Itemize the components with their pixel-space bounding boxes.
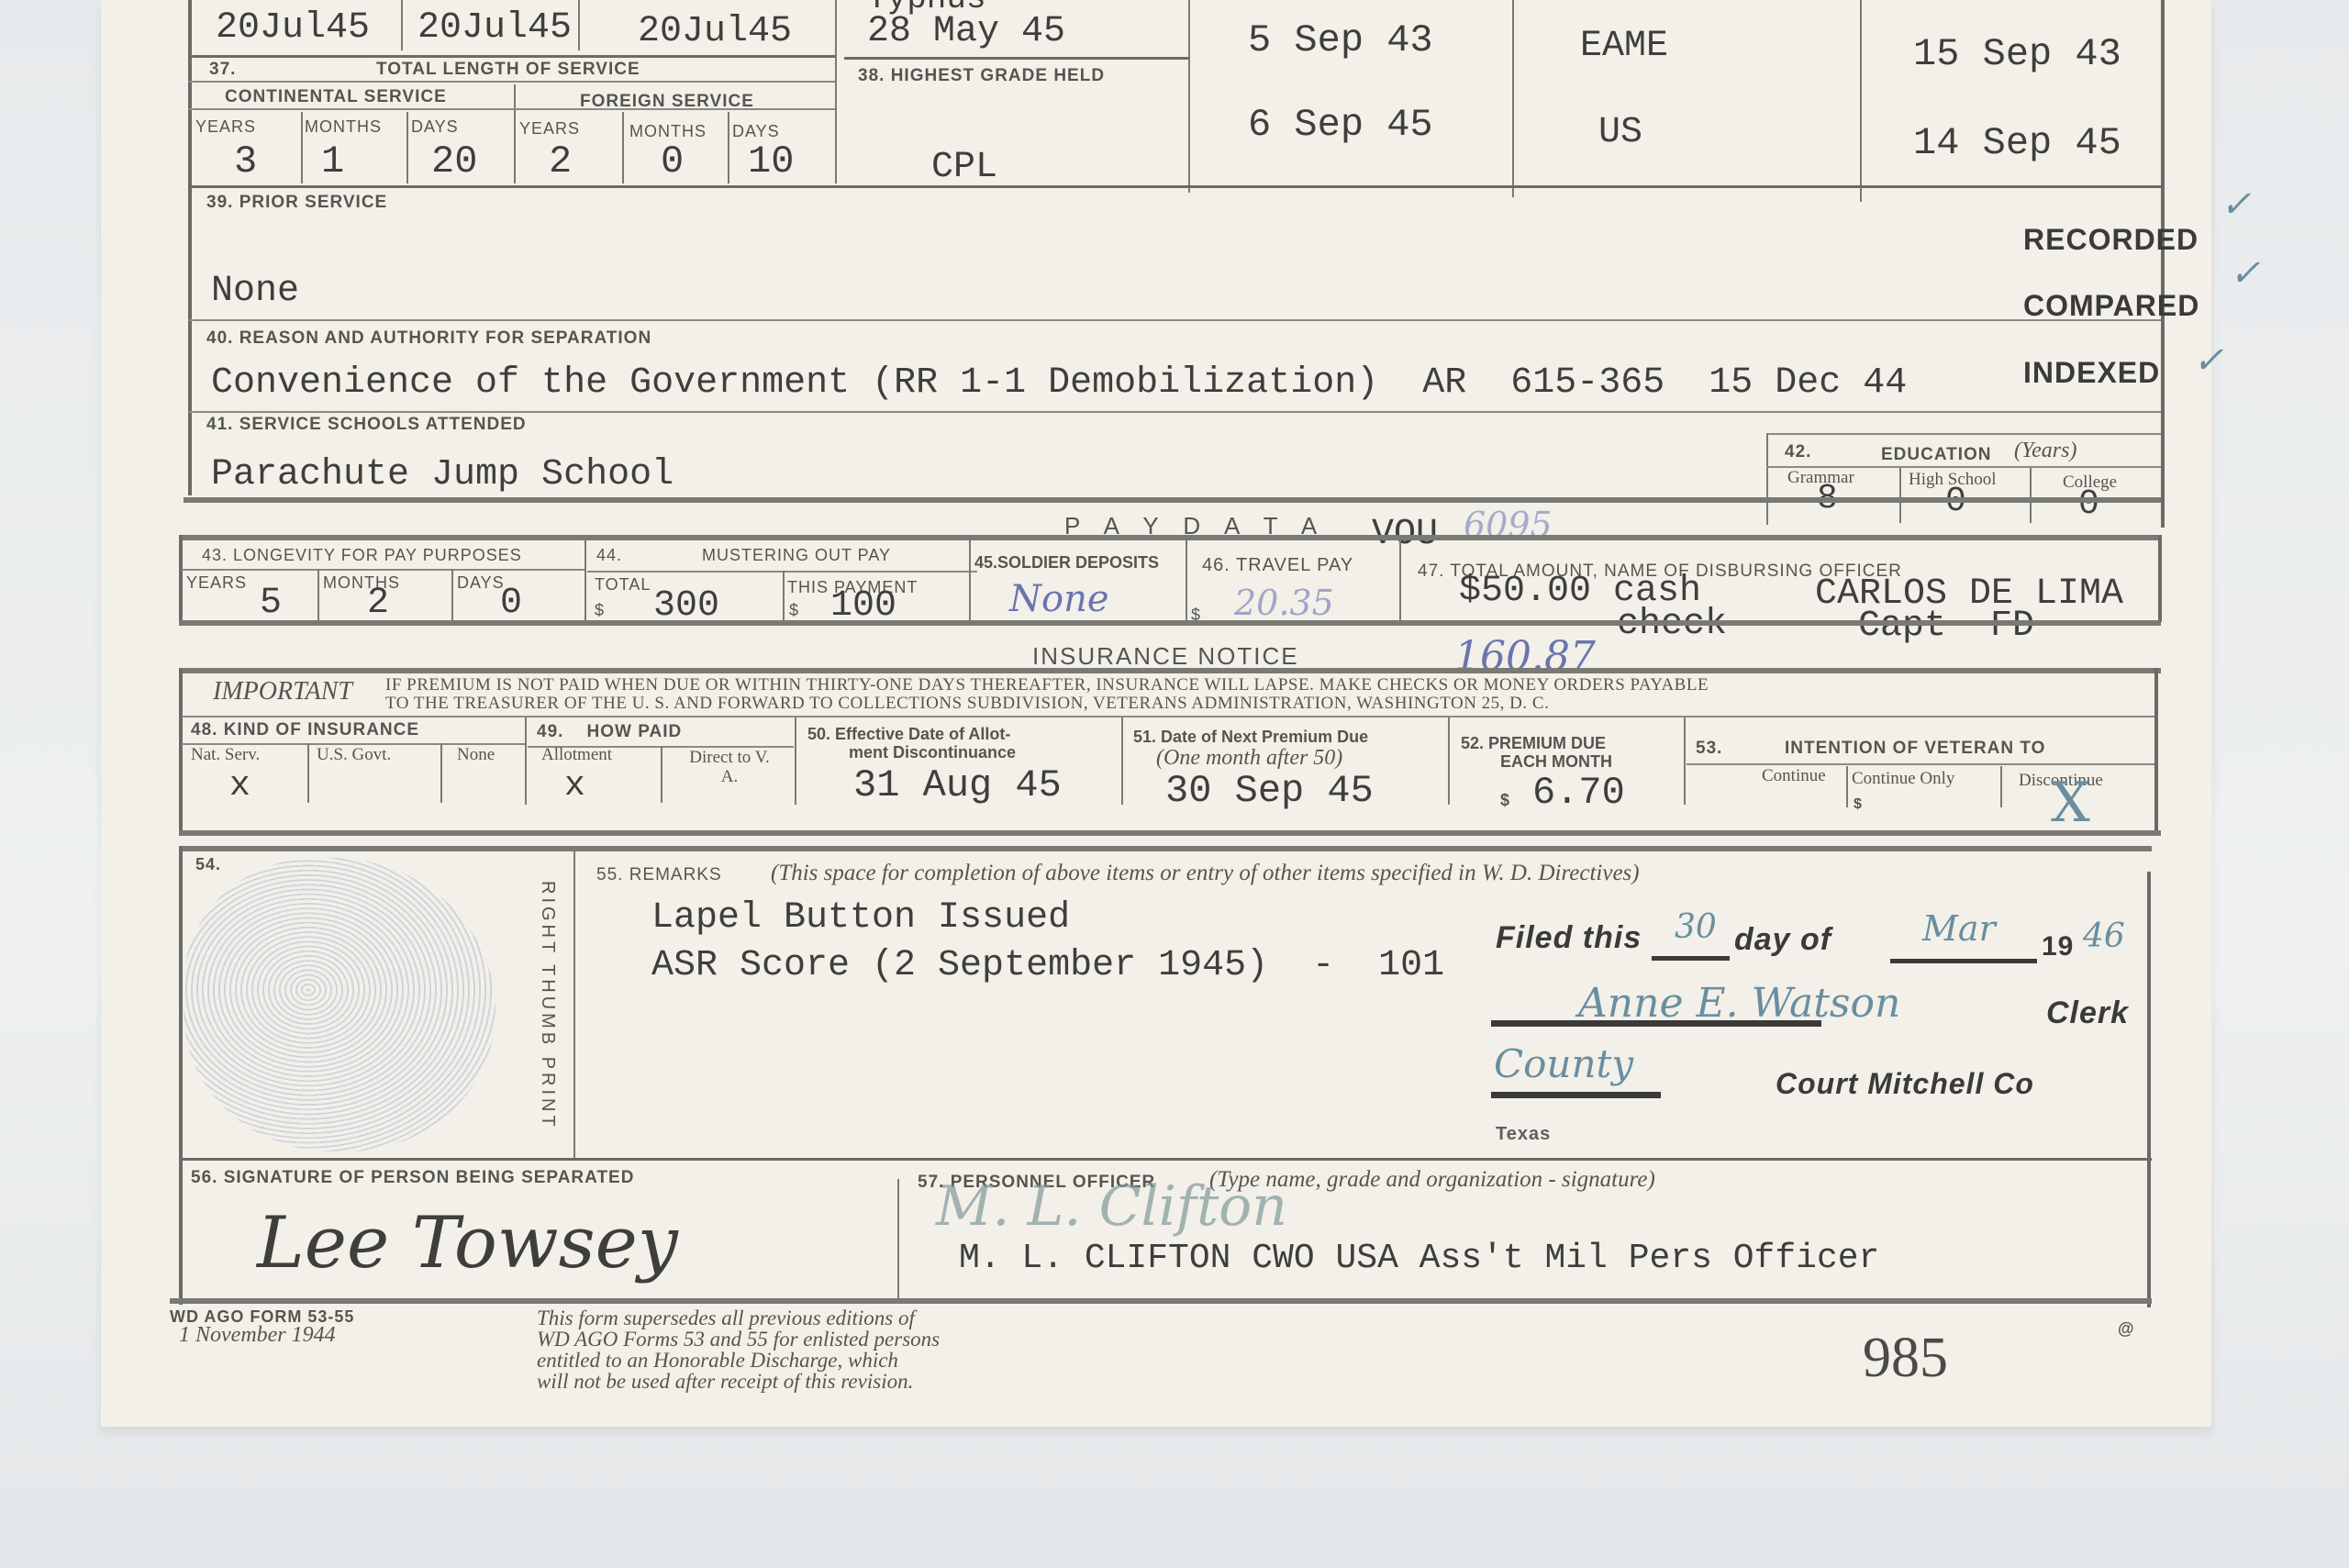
rule [188, 411, 2161, 413]
cont-days-label: DAYS [411, 117, 459, 137]
divider [317, 569, 319, 622]
rule [1687, 763, 2154, 765]
right-border [2161, 0, 2165, 528]
divider [1766, 433, 1768, 525]
nat-serv-mark: x [229, 766, 250, 806]
cont-years-label: YEARS [195, 117, 256, 137]
check-mark-icon: ✓ [2193, 339, 2224, 382]
item52-label-2: EACH MONTH [1500, 752, 1612, 772]
divider [514, 84, 516, 183]
divider [301, 112, 303, 183]
prior-service-value: None [211, 271, 299, 312]
divider [179, 846, 183, 1305]
next-premium-date: 30 Sep 45 [1165, 769, 1374, 813]
item53-number: 53. [1696, 739, 1722, 759]
divider [622, 112, 624, 183]
item46-label: 46. TRAVEL PAY [1202, 555, 1353, 576]
divider [1399, 539, 1401, 622]
divider [1188, 0, 1190, 193]
supersedes-line-1: This form supersedes all previous editio… [537, 1307, 940, 1329]
divider [2147, 872, 2151, 1307]
divider [728, 112, 729, 183]
indexed-stamp: INDEXED [2023, 356, 2160, 390]
item41-label: 41. SERVICE SCHOOLS ATTENDED [206, 415, 527, 435]
compared-stamp: COMPARED [2023, 289, 2199, 323]
personnel-officer-value: M. L. CLIFTON CWO USA Ass't Mil Pers Off… [959, 1239, 1879, 1278]
arrival-date-1: 15 Sep 43 [1913, 32, 2121, 76]
item43-label: 43. LONGEVITY FOR PAY PURPOSES [202, 546, 522, 565]
divider [401, 0, 403, 50]
check-mark-icon: ✓ [2230, 252, 2261, 295]
divider [969, 539, 971, 622]
union-label-mark: @ [2118, 1319, 2135, 1339]
cont-months-value: 1 [321, 139, 344, 183]
cont-months-label: MONTHS [305, 117, 382, 137]
divider [578, 0, 580, 50]
rule [170, 1298, 2152, 1304]
rule [179, 620, 2161, 626]
item55-note: (This space for completion of above item… [771, 861, 1640, 886]
longevity-days-value: 0 [500, 583, 522, 624]
item45-label: 45.SOLDIER DEPOSITS [974, 553, 1159, 573]
foreign-days-value: 10 [748, 139, 794, 183]
rule [188, 185, 2161, 188]
left-border [188, 0, 192, 495]
typhus-date: 28 May 45 [867, 11, 1065, 52]
longevity-months-value: 2 [367, 583, 389, 624]
supersedes-line-2: WD AGO Forms 53 and 55 for enlisted pers… [537, 1329, 940, 1350]
divider [179, 535, 183, 622]
foreign-years-value: 2 [549, 139, 572, 183]
rule [182, 569, 585, 571]
continue-label: Continue [1762, 766, 1826, 786]
longevity-years-value: 5 [260, 583, 282, 624]
premium-due-value: 6.70 [1532, 771, 1625, 815]
day-of-label: day of [1734, 922, 1831, 958]
item42-number: 42. [1785, 442, 1811, 462]
item50-label: 50. Effective Date of Allot- [807, 725, 1010, 744]
important-label: IMPORTANT [213, 677, 352, 706]
foreign-years-label: YEARS [519, 119, 580, 139]
divider [835, 0, 837, 183]
payment-currency: $ [789, 601, 799, 620]
item54-label: 54. [195, 855, 221, 874]
item39-label: 39. PRIOR SERVICE [206, 193, 387, 213]
divider [1899, 468, 1901, 523]
divider [1860, 0, 1862, 202]
remark-line-2: ASR Score (2 September 1945) - 101 [651, 945, 1444, 986]
important-line-2: TO THE TREASURER OF THE U. S. AND FORWAR… [385, 694, 1549, 714]
travel-pay-value: 20.35 [1234, 583, 1334, 623]
total-label: TOTAL [595, 575, 651, 595]
divider [573, 849, 575, 1161]
rule [179, 830, 2161, 836]
rule [179, 846, 2152, 851]
insurance-notice-title: INSURANCE NOTICE [1032, 642, 1299, 671]
discontinue-mark: X [2051, 771, 2090, 835]
divider [1684, 717, 1686, 805]
rule [1766, 433, 2161, 435]
divider [2158, 535, 2162, 622]
item52-label: 52. PREMIUM DUE [1461, 734, 1606, 753]
disbursing-officer-rank: Capt FD [1858, 606, 2034, 647]
divider [179, 668, 183, 833]
divider [1186, 539, 1187, 622]
rule [179, 535, 2161, 540]
destination-1: EAME [1580, 26, 1668, 67]
total-currency: $ [595, 601, 605, 620]
recorded-stamp: RECORDED [2023, 223, 2199, 257]
separation-reason-value: Convenience of the Government (RR 1-1 De… [211, 362, 1907, 404]
divider [2030, 468, 2032, 523]
intention-title: INTENTION OF VETERAN TO [1785, 739, 2045, 759]
state-fragment: Texas [1496, 1124, 1551, 1145]
item37-title: TOTAL LENGTH OF SERVICE [376, 60, 640, 80]
rule [188, 319, 2161, 321]
direct-to-va-label: Direct to V. A. [684, 748, 775, 786]
remark-line-1: Lapel Button Issued [651, 897, 1070, 939]
foreign-months-value: 0 [661, 139, 684, 183]
year-prefix: 19 [2042, 931, 2074, 962]
rule [184, 497, 2161, 503]
rule [1491, 1092, 1661, 1098]
right-thumb-print-label: RIGHT THUMB PRINT [537, 881, 558, 1130]
page-number: 985 [1863, 1326, 1948, 1391]
rule [188, 108, 835, 110]
cont-days-value: 20 [431, 139, 477, 183]
date-3: 20Jul45 [638, 11, 792, 52]
foreign-days-label: DAYS [732, 122, 780, 141]
rule [188, 55, 835, 58]
continue-only-label: Continue Only [1852, 769, 1954, 789]
supersedes-line-3: entitled to an Honorable Discharge, whic… [537, 1350, 940, 1371]
rule [1890, 959, 2037, 963]
premium-currency: $ [1500, 791, 1510, 810]
item44-number: 44. [596, 546, 622, 565]
item51-label: 51. Date of Next Premium Due [1133, 728, 1368, 747]
college-value: 0 [2078, 484, 2099, 524]
longevity-years-label: YEARS [186, 573, 247, 593]
divider [1846, 766, 1848, 807]
education-years-note: (Years) [2014, 439, 2076, 463]
check-mark-icon: ✓ [2221, 183, 2252, 226]
departure-date-1: 5 Sep 43 [1248, 18, 1433, 62]
arrival-date-2: 14 Sep 45 [1913, 121, 2121, 165]
divider [406, 112, 408, 183]
personnel-officer-signature: M. L. Clifton [936, 1174, 1287, 1239]
divider [783, 571, 785, 622]
supersedes-notice: This form supersedes all previous editio… [537, 1307, 940, 1392]
item40-label: 40. REASON AND AUTHORITY FOR SEPARATION [206, 328, 651, 349]
item56-label: 56. SIGNATURE OF PERSON BEING SEPARATED [191, 1168, 634, 1188]
divider [795, 717, 796, 805]
us-govt-label: U.S. Govt. [317, 745, 391, 765]
item38-label: 38. HIGHEST GRADE HELD [858, 66, 1105, 86]
item55-label: 55. REMARKS [596, 865, 722, 885]
longevity-days-label: DAYS [457, 573, 505, 593]
service-schools-value: Parachute Jump School [211, 454, 674, 495]
nat-serv-label: Nat. Serv. [191, 745, 260, 765]
divider [2154, 668, 2158, 833]
soldier-deposits-value: None [1009, 578, 1109, 620]
foreign-months-label: MONTHS [629, 122, 707, 141]
divider [1512, 0, 1514, 197]
allotment-mark: x [564, 766, 585, 806]
rule [188, 81, 835, 83]
clerk-label: Clerk [2046, 995, 2129, 1031]
form-date: 1 November 1944 [179, 1323, 336, 1348]
item37-number: 37. [209, 60, 236, 80]
divider [307, 743, 309, 803]
divider [2000, 766, 2002, 807]
important-line-1: IF PREMIUM IS NOT PAID WHEN DUE OR WITHI… [385, 675, 1709, 695]
cont-years-value: 3 [234, 139, 257, 183]
divider [451, 569, 453, 622]
county-handwritten: County [1494, 1041, 1633, 1086]
divider [1448, 717, 1450, 805]
allotment-discontinuance-date: 31 Aug 45 [853, 763, 1062, 807]
rule [1652, 956, 1730, 961]
filed-month: Mar [1922, 908, 1996, 949]
date-2: 20Jul45 [417, 7, 572, 49]
divider [440, 743, 442, 803]
filed-day: 30 [1675, 908, 1717, 946]
filed-this-label: Filed this [1496, 920, 1642, 956]
item51-sublabel: (One month after 50) [1156, 746, 1342, 771]
continue-only-currency: $ [1854, 796, 1863, 813]
highest-grade-value: CPL [931, 147, 997, 188]
allotment-label: Allotment [541, 745, 612, 765]
rule [182, 716, 2154, 717]
divider [897, 1179, 899, 1298]
item49-label: 49. HOW PAID [537, 722, 682, 742]
rule [179, 1158, 2152, 1161]
none-label: None [457, 745, 495, 765]
divider [525, 717, 527, 805]
departure-date-2: 6 Sep 45 [1248, 103, 1433, 147]
court-label: Court Mitchell Co [1776, 1067, 2034, 1101]
continental-service-label: CONTINENTAL SERVICE [225, 87, 447, 107]
item48-label: 48. KIND OF INSURANCE [191, 720, 419, 740]
divider [584, 539, 586, 622]
supersedes-line-4: will not be used after receipt of this r… [537, 1371, 940, 1392]
item50-label-2: ment Discontinuance [849, 743, 1016, 762]
separated-person-signature: Lee Towsey [257, 1202, 678, 1284]
rule [1491, 1020, 1821, 1027]
education-title: EDUCATION [1881, 445, 1992, 465]
divider [661, 746, 662, 803]
filed-year: 46 [2083, 917, 2125, 955]
mustering-out-title: MUSTERING OUT PAY [702, 546, 891, 565]
divider [1121, 717, 1123, 805]
date-1: 20Jul45 [216, 7, 370, 49]
rule [844, 57, 1188, 60]
destination-2: US [1598, 112, 1642, 153]
rule [179, 668, 2161, 673]
